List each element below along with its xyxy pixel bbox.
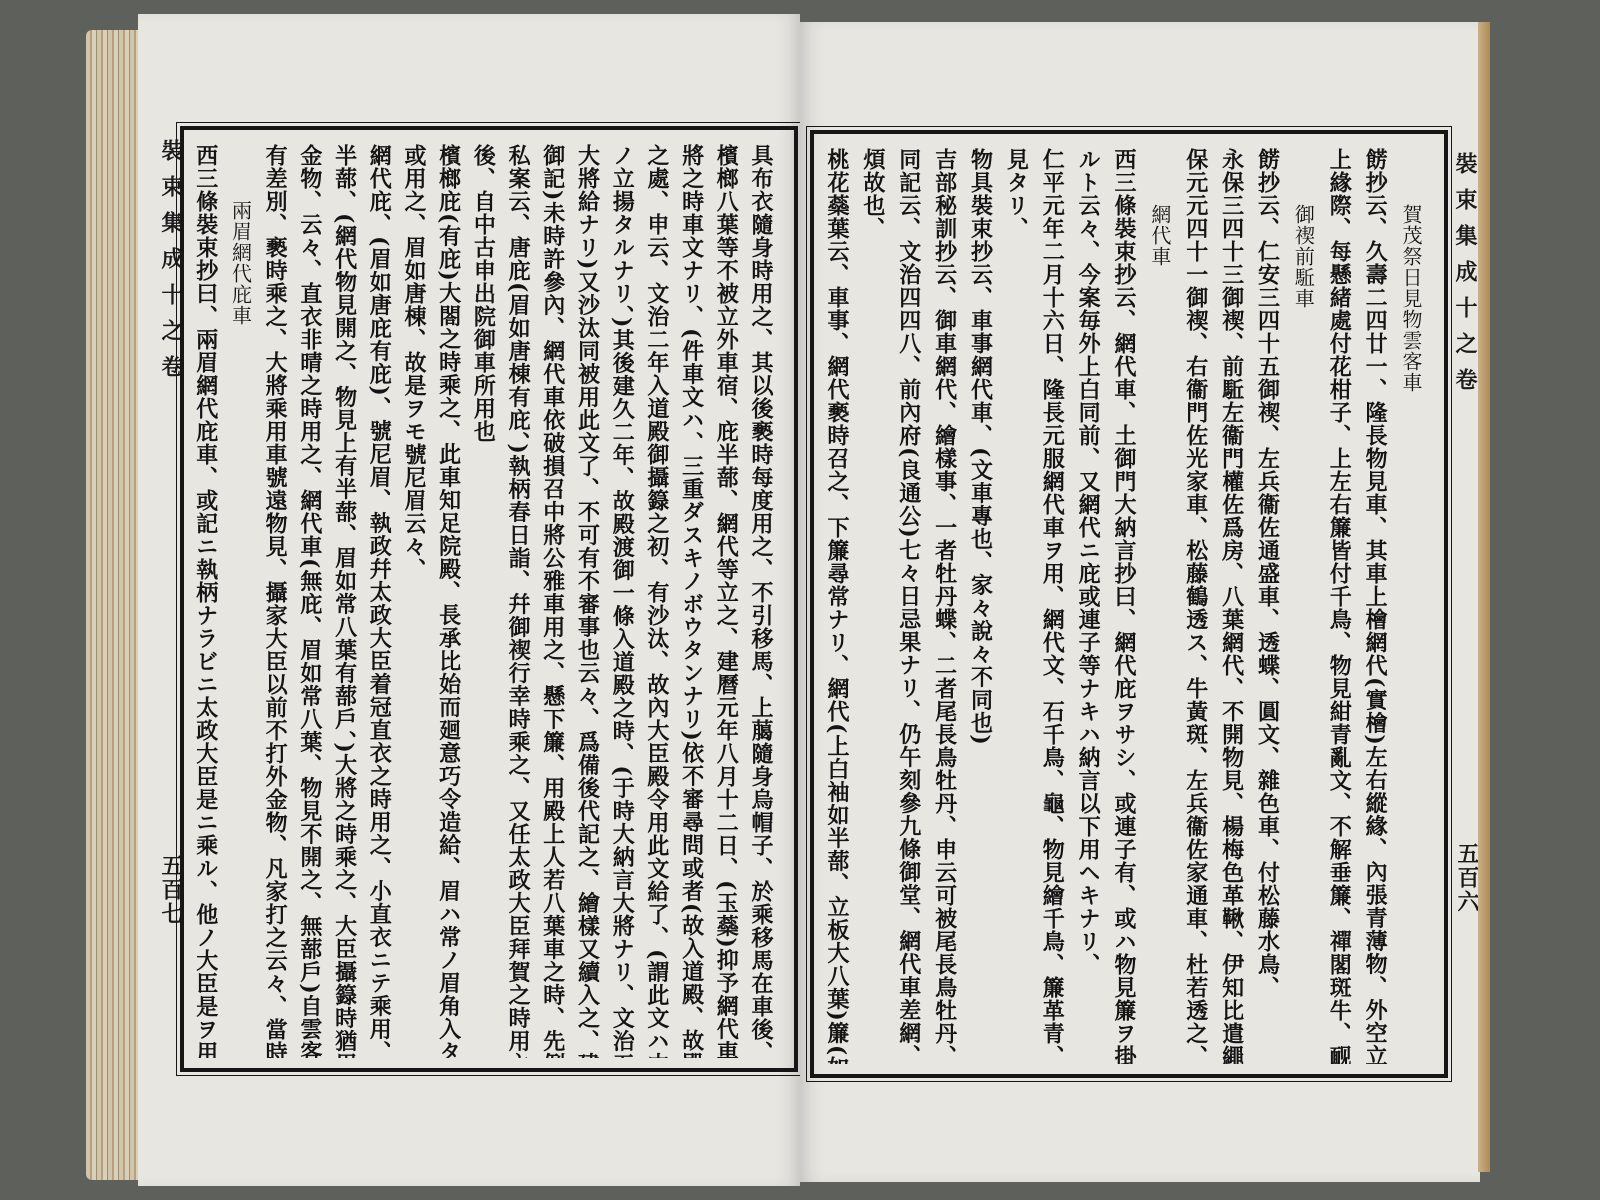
- page-edges-left: [86, 30, 142, 1180]
- text-frame-left: 具布衣隨身時用之、其以後褻時每度用之、不引移馬、上﨟隨身烏帽子、於乘移馬在車後、…: [180, 126, 798, 1072]
- text-column: 後、自中古申出院御車所用也: [472, 144, 507, 1058]
- text-column: 御記)未時許參內、網代車依破損召中將公雅車用之、懸下簾、用殿上人若八葉車之時、先…: [541, 144, 576, 1058]
- section-heading: 賀茂祭日見物雲客車: [1398, 148, 1434, 1064]
- text-column: 桃花蘂葉云、車事、網代褻時召之、下簾尋常ナリ、網代(上白袖如半蔀、立板大八葉)簾…: [824, 148, 860, 1064]
- text-column: 西三條裝束抄曰、兩眉網代庇車、或記ニ執柄ナラビニ太政大臣是ニ乘ル、他ノ大臣是ヲ用…: [194, 144, 229, 1058]
- text-column: ノ立揚タルナリ、)其後建久二年、故殿渡御一條入道殿之時、(于時大納言大將ナリ、文…: [610, 144, 645, 1058]
- running-title-right: 裝束集成十之卷: [1450, 152, 1481, 404]
- text-column: 之處、申云、文治二年入道殿御攝籙之初、有沙汰、故內大臣殿令用此文給了、(謂此文ハ…: [645, 144, 680, 1058]
- text-column: 西三條裝束抄云、網代車、土御門大納言抄曰、網代庇ヲサシ、或連子有、或ハ物見簾ヲ掛…: [1111, 148, 1147, 1064]
- text-column: 同記云、文治四四八、前內府(良通公)七々日忌果ナリ、仍午刻參九條御堂、網代車差網…: [896, 148, 932, 1064]
- text-frame-right: 賀茂祭日見物雲客車餝抄云、久壽二四廿一、隆長物見車、其車上檜網代(實檜)左右縱緣…: [810, 130, 1448, 1078]
- text-column: 或用之、眉如唐棟、故是ヲモ號尼眉云々、: [402, 144, 437, 1058]
- right-page: 裝束集成十之卷 五百六 賀茂祭日見物雲客車餝抄云、久壽二四廿一、隆長物見車、其車…: [800, 22, 1480, 1182]
- section-heading: 兩眉網代庇車: [229, 144, 264, 1058]
- text-column: 大將給ナリ)又沙汰同被用此文了、不可有不審事也云々、爲備後代記之、繪樣又續入之、…: [576, 144, 611, 1058]
- text-column: 檳榔庇(有庇)大閤之時乘之、此車知足院殿、長承比始而廻意巧令造給、眉ハ常ノ眉角入…: [437, 144, 472, 1058]
- left-page: 裝束集成十之卷 五百七 具布衣隨身時用之、其以後褻時每度用之、不引移馬、上﨟隨身…: [138, 14, 800, 1186]
- text-column: 物具裝束抄云、車事網代車、(文車專也、家々說々不同也): [968, 148, 1004, 1064]
- text-column: 上緣際、每懸緒處付花柑子、上左右簾皆付千鳥、物見紺青亂文、不解垂簾、禪閣斑牛、䩄…: [1326, 148, 1362, 1064]
- text-column: 金物、云々、直衣非晴之時用之、網代車(無庇、眉如常八葉、物見不開之、無蔀戶)自雲…: [298, 144, 333, 1058]
- text-column: 餝抄云、仁安三四十五御禊、左兵衞佐通盛車、透蝶、圓文、雜色車、付松藤水鳥、: [1255, 148, 1291, 1064]
- text-column: 餝抄云、久壽二四廿一、隆長物見車、其車上檜網代(實檜)左右縱緣、內張青薄物、外空…: [1362, 148, 1398, 1064]
- text-column: 半蔀、(網代物見開之、物見上有半蔀、眉如常八葉有蔀戶、)大將之時乘之、大臣攝籙時…: [333, 144, 368, 1058]
- text-column: 私案云、唐庇(眉如唐棟有庇、)執柄春日詣、幷御禊行幸時乘之、又任太政大臣拜賀之時…: [506, 144, 541, 1058]
- text-columns-left: 具布衣隨身時用之、其以後褻時每度用之、不引移馬、上﨟隨身烏帽子、於乘移馬在車後、…: [194, 144, 784, 1058]
- text-column: 保元元四十一御禊、右衞門佐光家車、松藤鶴透ス、牛黃斑、左兵衞佐家通車、杜若透之、…: [1183, 148, 1219, 1064]
- page-edges-right: [1478, 22, 1490, 1172]
- text-column: 煩故也、: [860, 148, 896, 1064]
- text-column: 有差別、褻時乘之、大將乘用車號遠物見、攝家大臣以前不打外金物、凡家打之云々、當時…: [263, 144, 298, 1058]
- text-column: 仁平元年二月十六日、隆長元服網代車ヲ用、網代文、石千鳥、龜、物見繪千鳥、簾革青、…: [1039, 148, 1075, 1064]
- text-column: 見タリ、: [1004, 148, 1040, 1064]
- text-column: 網代庇、(眉如唐庇有庇)、號尼眉、執政幷太政大臣着冠直衣之時用之、小直衣ニテ乘用…: [368, 144, 403, 1058]
- open-book: 裝束集成十之卷 五百七 具布衣隨身時用之、其以後褻時每度用之、不引移馬、上﨟隨身…: [0, 0, 1600, 1200]
- text-column: 將之時車文ナリ、(件車文ハ、三重ダスキノボウタンナリ)依不審尋問或者(故入道殿、…: [680, 144, 715, 1058]
- section-heading: 御禊前駈車: [1291, 148, 1327, 1064]
- text-column: 永保三四十三御禊、前駈左衞門權佐爲房、八葉網代、不開物見、楊梅色革鞦、伊知比遣繩…: [1219, 148, 1255, 1064]
- text-columns-right: 賀茂祭日見物雲客車餝抄云、久壽二四廿一、隆長物見車、其車上檜網代(實檜)左右縱緣…: [824, 148, 1434, 1064]
- text-column: 吉部秘訓抄云、御車網代、繪樣事、一者牡丹蝶、二者尾長鳥牡丹、申云可被尾長鳥牡丹、…: [932, 148, 968, 1064]
- text-column: ルト云々、今案毎外上白同前、又網代ニ庇或連子等ナキハ納言以下用ヘキナリ、: [1075, 148, 1111, 1064]
- section-heading: 網代車: [1147, 148, 1183, 1064]
- text-column: 檳榔八葉等不被立外車宿、庇半蔀、網代等立之、建曆元年八月十二日、(玉蘂)抑予網代…: [715, 144, 750, 1058]
- text-column: 具布衣隨身時用之、其以後褻時每度用之、不引移馬、上﨟隨身烏帽子、於乘移馬在車後、…: [749, 144, 784, 1058]
